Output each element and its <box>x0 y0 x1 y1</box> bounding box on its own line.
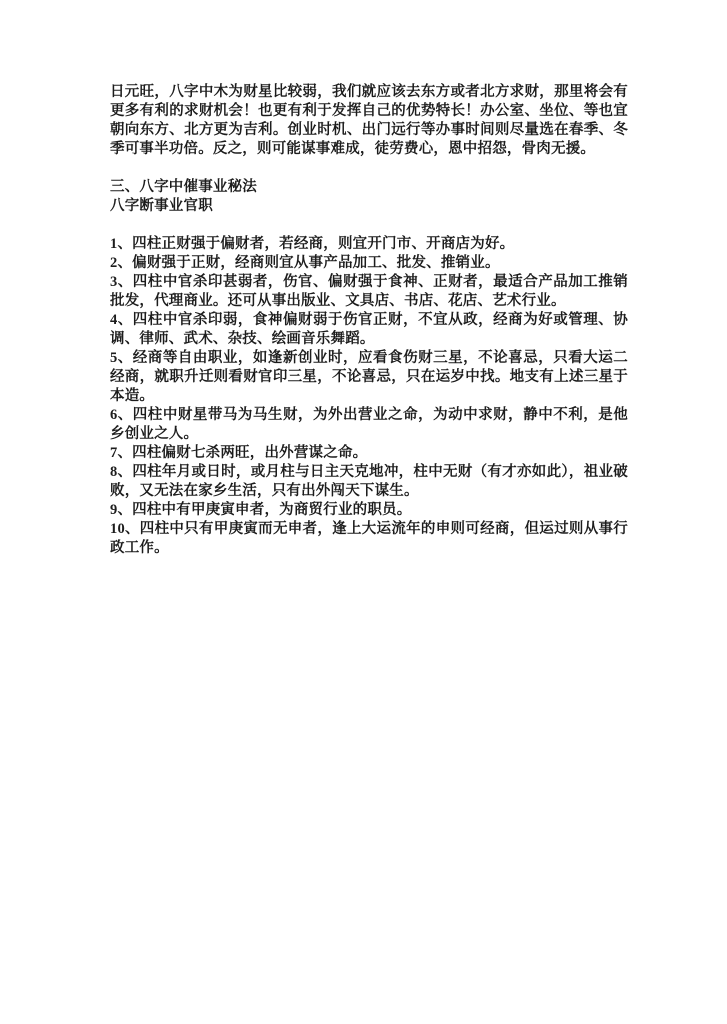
list-item: 2、偏财强于正财，经商则宜从事产品加工、批发、推销业。 <box>110 254 628 273</box>
list-item: 8、四柱年月或日时，或月柱与日主天克地冲，柱中无财（有才亦如此），祖业破败，又无… <box>110 463 628 501</box>
list-item: 9、四柱中有甲庚寅申者，为商贸行业的职员。 <box>110 501 628 520</box>
section-heading: 三、八字中催事业秘法 <box>110 178 628 197</box>
section-subheading: 八字断事业官职 <box>110 197 628 216</box>
document-page: 日元旺，八字中木为财星比较弱，我们就应该去东方或者北方求财，那里将会有更多有利的… <box>110 83 628 558</box>
list-item: 4、四柱中官杀印弱，食神偏财弱于伤官正财，不宜从政，经商为好或管理、协调、律师、… <box>110 311 628 349</box>
list-item: 5、经商等自由职业，如逢新创业时，应看食伤财三星，不论喜忌，只看大运二经商，就职… <box>110 349 628 406</box>
list-item: 3、四柱中官杀印甚弱者，伤官、偏财强于食神、正财者，最适合产品加工推销批发，代理… <box>110 273 628 311</box>
list-item: 7、四柱偏财七杀两旺，出外营谋之命。 <box>110 444 628 463</box>
intro-paragraph: 日元旺，八字中木为财星比较弱，我们就应该去东方或者北方求财，那里将会有更多有利的… <box>110 83 628 159</box>
list-item: 1、四柱正财强于偏财者，若经商，则宜开门市、开商店为好。 <box>110 235 628 254</box>
list-item: 6、四柱中财星带马为马生财，为外出营业之命，为动中求财，静中不利，是他乡创业之人… <box>110 406 628 444</box>
numbered-list: 1、四柱正财强于偏财者，若经商，则宜开门市、开商店为好。 2、偏财强于正财，经商… <box>110 235 628 558</box>
list-item: 10、四柱中只有甲庚寅而无申者，逢上大运流年的申则可经商，但运过则从事行政工作。 <box>110 520 628 558</box>
